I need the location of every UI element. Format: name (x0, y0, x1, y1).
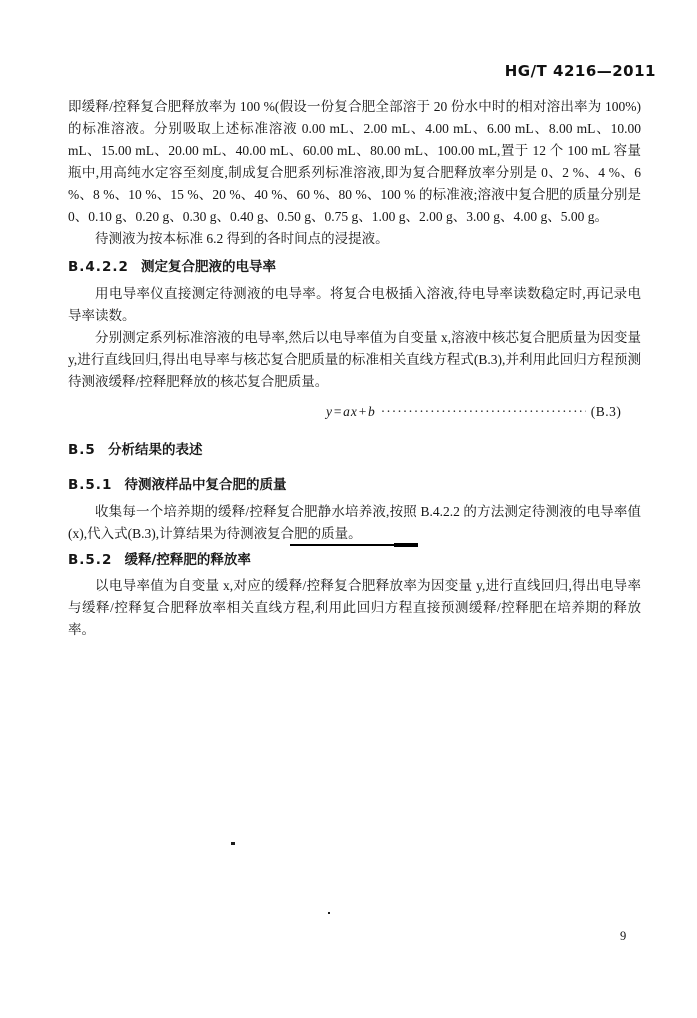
paragraph-conductivity-measure: 用电导率仪直接测定待测液的电导率。将复合电极插入溶液,待电导率读数稳定时,再记录… (68, 283, 641, 327)
section-heading-b51: B.5.1待测液样品中复合肥的质量 (68, 474, 641, 496)
paragraph-regression: 分别测定系列标准溶液的电导率,然后以电导率值为自变量 x,溶液中核芯复合肥质量为… (68, 327, 641, 393)
section-title: 待测液样品中复合肥的质量 (124, 477, 286, 493)
formula-number-label: (B.3) (591, 401, 622, 423)
standard-number-header: HG/T 4216—2011 (505, 62, 656, 80)
end-of-text-rule (290, 544, 418, 546)
section-number: B.5.1 (68, 477, 112, 493)
paragraph-release-rate: 以电导率值为自变量 x,对应的缓释/控释复合肥释放率为因变量 y,进行直线回归,… (68, 575, 641, 641)
section-heading-b422: B.4.2.2测定复合肥液的电导率 (68, 256, 641, 278)
formula-b3: y=ax+b ·································… (326, 401, 641, 423)
paragraph-test-liquid: 待测液为按本标准 6.2 得到的各时间点的浸提液。 (68, 228, 641, 250)
section-title: 测定复合肥液的电导率 (141, 259, 276, 275)
paragraph-mass-calculation: 收集每一个培养期的缓释/控释复合肥静水培养液,按照 B.4.2.2 的方法测定待… (68, 501, 641, 545)
section-title: 分析结果的表述 (108, 442, 203, 458)
section-number: B.5 (68, 442, 96, 458)
section-heading-b5: B.5分析结果的表述 (68, 439, 641, 461)
document-page: HG/T 4216—2011 即缓释/控释复合肥释放率为 100 %(假设一份复… (0, 0, 697, 1018)
section-number: B.5.2 (68, 552, 112, 568)
section-heading-b52: B.5.2缓释/控释肥的释放率 (68, 549, 641, 571)
page-body: 即缓释/控释复合肥释放率为 100 %(假设一份复合肥全部溶于 20 份水中时的… (68, 96, 641, 641)
scan-speck (231, 842, 235, 845)
formula-dot-leader: ········································… (381, 401, 586, 423)
page-number: 9 (620, 929, 626, 944)
formula-expression: y=ax+b (326, 401, 376, 423)
paragraph-standard-series: 即缓释/控释复合肥释放率为 100 %(假设一份复合肥全部溶于 20 份水中时的… (68, 96, 641, 228)
section-number: B.4.2.2 (68, 259, 129, 275)
scan-speck (328, 912, 330, 914)
section-title: 缓释/控释肥的释放率 (124, 552, 250, 568)
